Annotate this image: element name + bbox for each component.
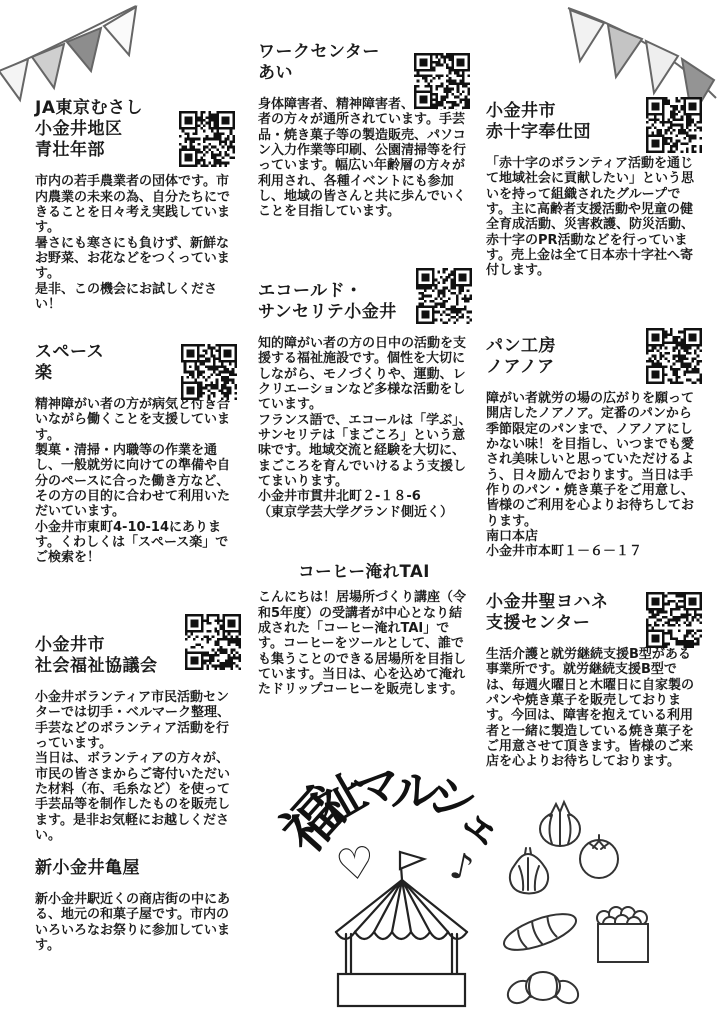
onion-illustration bbox=[540, 802, 580, 846]
bread-crate-illustration bbox=[597, 907, 648, 962]
section-noanoa: パン工房 ノアノア 障がい者就労の場の広がりを願って開店したノアノア。定番のパン… bbox=[486, 336, 702, 560]
section-body: 市内の若手農業者の団体です。市内農業の未来の為、自分たちにできることを日々考え実… bbox=[35, 174, 235, 312]
section-body: 小金井ボランティア市民活動センターでは切手・ベルマーク整理、手芸などのボランティ… bbox=[35, 690, 241, 843]
section-body: 知的障がい者の方の日中の活動を支援する福祉施設です。個性を大切にしながら、モノづ… bbox=[258, 336, 472, 520]
section-ja: JA東京むさし 小金井地区 青壮年部 市内の若手農業者の団体です。市内農業の未来… bbox=[35, 98, 235, 312]
croissant-illustration bbox=[504, 972, 583, 1008]
market-goods-illustration bbox=[498, 796, 674, 1016]
flyer-page: JA東京むさし 小金井地区 青壮年部 市内の若手農業者の団体です。市内農業の未来… bbox=[0, 0, 724, 1024]
qr-code bbox=[646, 328, 702, 384]
baguette-illustration bbox=[500, 907, 580, 957]
qr-code bbox=[179, 111, 235, 167]
section-ai: ワークセンター あい 身体障害者、精神障害者、知的障害者の方々が通所されています… bbox=[258, 42, 470, 220]
section-body: 「赤十字のボランティア活動を通じて地域社会に貢献したい」という思いを持って組織さ… bbox=[486, 156, 702, 279]
qr-code bbox=[185, 614, 241, 670]
section-body: 身体障害者、精神障害者、知的障害者の方々が通所されています。手芸品・焼き菓子等の… bbox=[258, 97, 470, 220]
section-redcross: 小金井市 赤十字奉仕団 「赤十字のボランティア活動を通じて地域社会に貢献したい」… bbox=[486, 101, 702, 279]
qr-code bbox=[414, 53, 470, 109]
section-body: 精神障がい者の方が病気と付き合いながら働くことを支援しています。 製菓・清掃・内… bbox=[35, 397, 237, 566]
section-coffee: コーヒー淹れTAI こんにちは！居場所づくり講座（令和5年度）の受講者が中心とな… bbox=[258, 562, 470, 698]
garlic-illustration bbox=[510, 848, 548, 894]
qr-code bbox=[181, 344, 237, 400]
section-ecole: エコールド・ サンセリテ小金井 知的障がい者の方の日中の活動を支援する福祉施設で… bbox=[258, 281, 472, 520]
qr-code bbox=[416, 268, 472, 324]
tomato-illustration bbox=[580, 835, 618, 878]
section-body: 障がい者就労の場の広がりを願って開店したノアノア。定番のパンから季節限定のパンま… bbox=[486, 391, 702, 560]
section-kameya: 新小金井亀屋 新小金井駅近くの商店街の中にある、地元の和菓子屋です。市内のいろい… bbox=[35, 858, 241, 953]
section-title: コーヒー淹れTAI bbox=[258, 562, 470, 582]
section-body: こんにちは！居場所づくり講座（令和5年度）の受講者が中心となり結成された「コーヒ… bbox=[258, 590, 470, 697]
market-stall-illustration bbox=[326, 842, 478, 1010]
section-space-raku: スペース 楽 精神障がい者の方が病気と付き合いながら働くことを支援しています。 … bbox=[35, 342, 237, 566]
qr-code bbox=[646, 97, 702, 153]
qr-code bbox=[646, 592, 702, 648]
pennant-garland-left-icon bbox=[0, 0, 146, 113]
section-body: 新小金井駅近くの商店街の中にある、地元の和菓子屋です。市内のいろいろなお祭りに参… bbox=[35, 892, 241, 953]
section-title: 新小金井亀屋 bbox=[35, 858, 241, 879]
section-shakyo: 小金井市 社会福祉協議会 小金井ボランティア市民活動センターでは切手・ベルマーク… bbox=[35, 614, 241, 843]
section-body: 生活介護と就労継続支援B型がある事業所です。就労継続支援B型では、毎週火曜日と木… bbox=[486, 647, 702, 770]
section-yohane: 小金井聖ヨハネ 支援センター 生活介護と就労継続支援B型がある事業所です。就労継… bbox=[486, 592, 702, 770]
